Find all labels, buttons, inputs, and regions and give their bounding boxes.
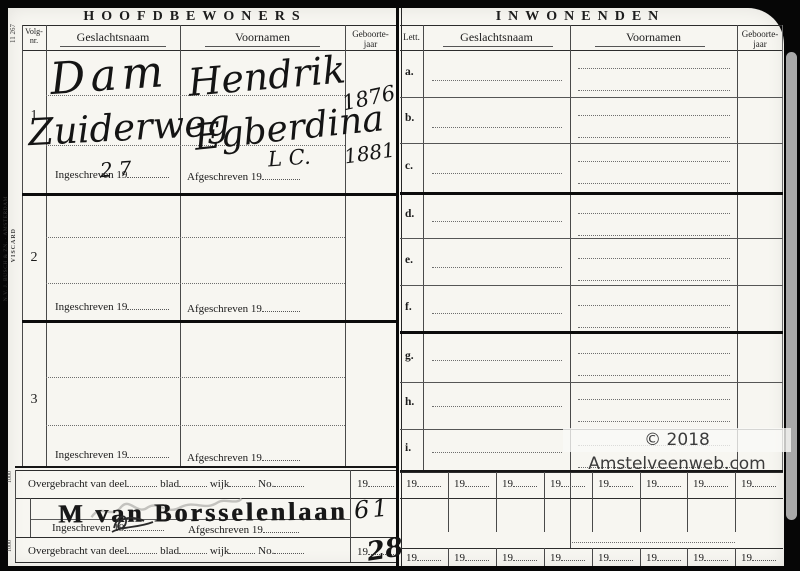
year-cell: 19 [550, 477, 585, 490]
dotted-leader [465, 551, 489, 561]
writing-line [578, 183, 730, 184]
writing-line [578, 137, 730, 138]
writing-line [578, 399, 730, 400]
grid-border [687, 472, 688, 532]
letter-c: c. [405, 160, 413, 173]
dotted-leader [752, 551, 776, 561]
year-prefix: 19 [693, 478, 704, 490]
year-cell: 19 [646, 551, 681, 564]
dotted-leader [127, 544, 157, 554]
grid-border [640, 472, 641, 532]
year-cell: 19 [741, 477, 776, 490]
column-header-birthyear-right2: jaar [737, 39, 783, 49]
year-cell: 19 [741, 551, 776, 564]
writing-line [432, 173, 562, 174]
year-prefix: 19 [454, 552, 465, 564]
letter-f: f. [405, 301, 412, 314]
column-header-volgnr2: nr. [22, 37, 46, 46]
center-divider-thin [401, 8, 402, 566]
table-border [30, 498, 31, 537]
column-header-surname-right: Geslachtsnaam [423, 31, 570, 44]
wijk-label: wijk [210, 545, 230, 557]
dotted-leader [513, 477, 537, 487]
dotted-leader [127, 300, 169, 310]
dotted-leader [561, 551, 585, 561]
header-underline [595, 46, 705, 47]
no-label: No. [258, 545, 274, 557]
writing-line [578, 90, 730, 91]
blad-label: blad [160, 545, 179, 557]
year-prefix: 19 [646, 552, 657, 564]
label-text: Afgeschreven 19 [187, 452, 262, 464]
overgebracht-row-2: Overgebracht van deel blad wijk No. [28, 544, 304, 557]
block-separator [22, 193, 396, 196]
blad-label: blad [160, 478, 179, 490]
year-prefix: 19 [598, 552, 609, 564]
year-prefix: 19 [357, 478, 368, 490]
handwritten-initials-2: L C. [267, 145, 311, 172]
year-cell-left-1: 19 [357, 477, 394, 490]
dotted-leader [704, 477, 728, 487]
dotted-leader [417, 477, 441, 487]
year-cell: 19 [598, 551, 633, 564]
table-border [782, 25, 783, 472]
overgebracht-row-1: Overgebracht van deel blad wijk No. [28, 477, 304, 490]
dotted-leader [229, 544, 255, 554]
dotted-leader [274, 477, 304, 487]
grid-border [448, 472, 449, 532]
writing-line [432, 452, 562, 453]
dotted-leader [274, 544, 304, 554]
letter-e: e. [405, 254, 413, 267]
letter-i: i. [405, 442, 411, 455]
dotted-leader [263, 523, 299, 533]
writing-line [46, 425, 345, 426]
writing-line [432, 221, 562, 222]
year-cell: 19 [693, 477, 728, 490]
ingeschreven-label-3: Ingeschreven 19 [55, 448, 169, 461]
dotted-leader [262, 451, 300, 461]
overgebracht-label: Overgebracht van deel [28, 545, 127, 557]
year-prefix: 19 [406, 552, 417, 564]
label-text: Ingeschreven 19 [55, 301, 127, 313]
year-prefix: 19 [454, 478, 465, 490]
block-separator [400, 192, 783, 195]
grid-border [544, 472, 545, 532]
writing-line [578, 327, 730, 328]
batch-code-bottom: 1000 [7, 540, 13, 552]
dotted-leader [657, 551, 681, 561]
grid-border [496, 548, 497, 566]
letter-d: d. [405, 208, 414, 221]
table-border [180, 25, 181, 466]
writing-line [578, 213, 730, 214]
scanned-register-card: 11 267 VISCARD N.V. J. BUSCH & ZN. · AMS… [0, 0, 800, 571]
column-header-birthyear-left: Geboorte- [345, 29, 396, 39]
grid-border [735, 548, 736, 566]
writing-line [578, 353, 730, 354]
rule-line [400, 25, 783, 26]
dotted-leader [127, 448, 169, 458]
afgeschreven-label-2: Afgeschreven 19 [187, 302, 300, 315]
writing-line [432, 127, 562, 128]
handwriting-scribble [110, 512, 156, 536]
label-text: Ingeschreven 19 [55, 449, 127, 461]
column-header-birthyear-right: Geboorte- [737, 29, 783, 39]
hoofdbewoners-title: HOOFDBEWONERS [45, 9, 345, 25]
writing-line [578, 258, 730, 259]
writing-line [578, 305, 730, 306]
year-cell: 19 [454, 477, 489, 490]
table-border [15, 470, 16, 562]
afgeschreven-label-bottom: Afgeschreven 19 [188, 523, 299, 536]
column-header-firstnames-right: Voornamen [570, 31, 737, 44]
writing-line [578, 115, 730, 116]
row-line [400, 285, 783, 286]
writing-line [578, 421, 730, 422]
row-line [400, 238, 783, 239]
row-number-2: 2 [22, 250, 46, 266]
grid-border [592, 548, 593, 566]
writing-line [578, 161, 730, 162]
year-cell: 19 [502, 551, 537, 564]
form-code: 11 267 [9, 24, 17, 43]
writing-line [578, 280, 730, 281]
writing-line [432, 267, 562, 268]
writing-line [432, 80, 562, 81]
row-line [400, 143, 783, 144]
writing-line [432, 406, 562, 407]
ingeschreven-label-2: Ingeschreven 19 [55, 300, 169, 313]
printer-mark-name: VISCARD [11, 228, 17, 262]
year-cell: 19 [693, 551, 728, 564]
year-prefix: 19 [502, 478, 513, 490]
grid-border [448, 548, 449, 566]
column-header-surname-left: Geslachtsnaam [46, 31, 180, 44]
dotted-leader [179, 544, 207, 554]
writing-line [572, 542, 735, 543]
year-cell: 19 [646, 477, 681, 490]
header-underline [443, 46, 553, 47]
header-underline [205, 46, 320, 47]
dotted-leader [179, 477, 207, 487]
year-prefix: 19 [693, 552, 704, 564]
column-header-birthyear-left2: jaar [345, 39, 396, 49]
rule-line [22, 25, 396, 26]
year-cell: 19 [550, 551, 585, 564]
dotted-leader [127, 477, 157, 487]
handwritten-surname-1: Dam [48, 46, 170, 105]
rule-line [15, 470, 396, 471]
label-text: Afgeschreven 19 [187, 303, 262, 315]
dotted-leader [657, 477, 681, 487]
rule-line [15, 537, 396, 538]
dotted-leader [513, 551, 537, 561]
year-prefix: 19 [406, 478, 417, 490]
grid-border [544, 548, 545, 566]
year-prefix: 19 [550, 552, 561, 564]
table-border [737, 25, 738, 472]
afgeschreven-label-3: Afgeschreven 19 [187, 451, 300, 464]
center-divider-heavy [396, 8, 399, 566]
dotted-leader [561, 477, 585, 487]
grid-border [592, 472, 593, 532]
row-number-3: 3 [22, 392, 46, 408]
inwonenden-title: INWONENDEN [423, 9, 738, 25]
handwritten-house-number: 61 [353, 493, 392, 524]
overgebracht-label: Overgebracht van deel [28, 478, 127, 490]
letter-h: h. [405, 396, 414, 409]
column-header-firstnames-left: Voornamen [180, 31, 345, 44]
year-prefix: 19 [646, 478, 657, 490]
row-line [400, 382, 783, 383]
dotted-leader [465, 477, 489, 487]
year-cell: 19 [502, 477, 537, 490]
no-label: No. [258, 478, 274, 490]
year-prefix: 19 [741, 478, 752, 490]
year-cell: 19 [454, 551, 489, 564]
year-prefix: 19 [502, 552, 513, 564]
table-border [423, 25, 424, 470]
handwritten-overgebracht-year: 28 [365, 532, 405, 567]
dotted-leader [262, 170, 300, 180]
dotted-leader [752, 477, 776, 487]
grid-border [496, 472, 497, 532]
grid-border [687, 548, 688, 566]
label-text: Afgeschreven 19 [188, 524, 263, 536]
writing-line [578, 235, 730, 236]
table-border [46, 25, 47, 466]
block-separator [400, 331, 783, 334]
block-separator [15, 466, 396, 468]
handwritten-ingeschreven-year-1: 27 [99, 156, 138, 183]
printer-mark-firm: N.V. J. BUSCH & ZN. · AMSTERDAM [3, 196, 9, 301]
year-cell: 19 [406, 477, 441, 490]
year-prefix: 19 [550, 478, 561, 490]
dotted-leader [704, 551, 728, 561]
rule-line [400, 50, 783, 51]
year-prefix: 19 [741, 552, 752, 564]
column-header-letter: Lett. [400, 32, 423, 42]
afgeschreven-label-1: Afgeschreven 19 [187, 170, 300, 183]
dotted-leader [609, 477, 633, 487]
writing-line [578, 68, 730, 69]
dotted-leader [262, 302, 300, 312]
letter-a: a. [405, 66, 414, 79]
dotted-leader [368, 477, 394, 487]
writing-line [432, 360, 562, 361]
year-prefix: 19 [598, 478, 609, 490]
grid-border [640, 548, 641, 566]
letter-g: g. [405, 350, 414, 363]
dotted-leader [609, 551, 633, 561]
year-cell: 19 [598, 477, 633, 490]
label-text: Afgeschreven 19 [187, 171, 262, 183]
writing-line [432, 313, 562, 314]
grid-border [735, 472, 736, 532]
writing-line [578, 375, 730, 376]
batch-code-top: 1000 [7, 471, 13, 483]
rule-line [15, 562, 396, 563]
writing-line [46, 237, 345, 238]
writing-line [46, 377, 345, 378]
letter-b: b. [405, 112, 414, 125]
year-cell: 19 [406, 551, 441, 564]
watermark: © 2018 Amstelveenweb.com [563, 428, 791, 452]
table-border [350, 470, 351, 562]
writing-line [46, 283, 345, 284]
dotted-leader [417, 551, 441, 561]
block-separator [22, 320, 396, 323]
row-line [400, 97, 783, 98]
dotted-leader [229, 477, 255, 487]
wijk-label: wijk [210, 478, 230, 490]
